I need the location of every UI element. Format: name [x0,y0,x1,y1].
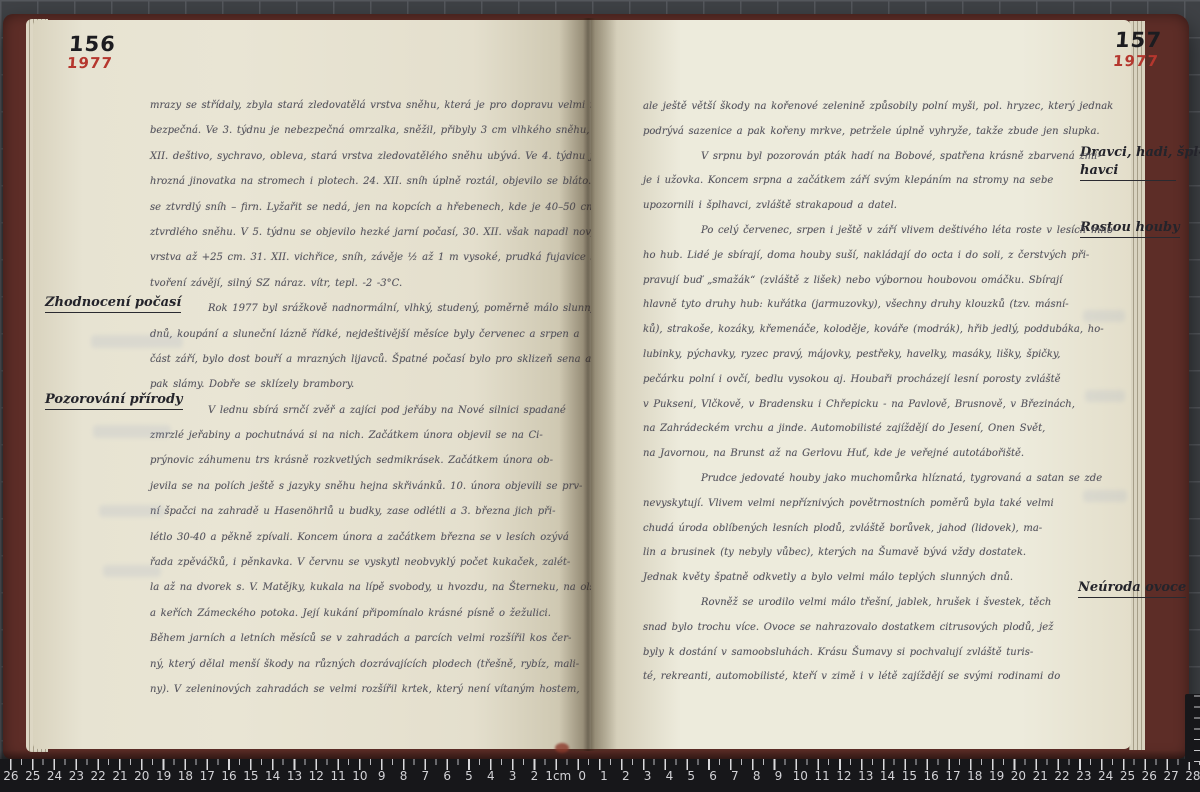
ruler-number: 25 [22,769,44,783]
ruler-number: 7 [724,769,746,783]
handwritten-line: tvoření závějí, silný SZ náraz. vítr, te… [150,271,586,296]
handwritten-line: na Zahrádeckém vrchu a jinde. Automobili… [643,417,1083,442]
handwritten-line: la až na dvorek s. V. Matějky, kukala na… [150,575,586,600]
handwritten-line: Prudce jedovaté houby jako muchomůrka hl… [643,467,1083,492]
handwritten-line: pak slámy. Dobře se sklízely brambory. [150,372,586,397]
ruler-number: 28 [1182,769,1200,783]
ruler-number: 14 [877,769,899,783]
ruler-number: 5 [458,769,480,783]
margin-heading-fruit-crop-failure: Neúroda ovoce [1078,580,1186,598]
handwritten-line: lubinky, pýchavky, ryzec pravý, májovky,… [643,343,1083,368]
ruler-number: 16 [920,769,942,783]
chronicle-book: 156 1977 Zhodnocení počasí Pozorování př… [3,14,1189,759]
handwritten-line: ale ještě větší škody na kořenové zeleni… [643,95,1083,120]
gutter-red-mark [555,743,569,753]
ruler-number: 5 [680,769,702,783]
handwritten-line: V srpnu byl pozorován pták hadí na Bobov… [643,145,1083,170]
ruler-number: 12 [833,769,855,783]
ruler-number: 17 [942,769,964,783]
handwritten-line: je i užovka. Koncem srpna a začátkem zář… [643,169,1083,194]
handwritten-line: Během jarních a letních měsíců se v zahr… [150,626,586,651]
ruler-number: 15 [898,769,920,783]
handwritten-line: Rok 1977 byl srážkově nadnormální, vlhký… [150,296,586,321]
ink-bleed-through [91,335,183,348]
ruler-number: 7 [414,769,436,783]
ruler-number: 2 [524,769,546,783]
ink-bleed-through [1083,310,1125,322]
ruler-number: 15 [240,769,262,783]
ruler-number: 24 [44,769,66,783]
page-year: 1977 [66,54,113,72]
page-year: 1977 [1112,52,1159,70]
handwritten-line: podrývá sazenice a pak kořeny mrkve, pet… [643,120,1083,145]
handwritten-line: na Javornou, na Brunst až na Gerlovu Huť… [643,442,1083,467]
ruler-number: 22 [87,769,109,783]
ruler-number: 6 [436,769,458,783]
ink-bleed-through [1085,390,1125,402]
handwritten-line: nevyskytují. Vlivem velmi nepříznivých p… [643,492,1083,517]
handwritten-line: ho hub. Lidé je sbírají, doma houby suší… [643,244,1083,269]
ruler-number: 25 [1117,769,1139,783]
ruler-number: 22 [1051,769,1073,783]
handwritten-line: v Pukseni, Vlčkově, v Bradensku i Chřepi… [643,393,1083,418]
ruler-number: 17 [196,769,218,783]
handwritten-line: Po celý červenec, srpen i ještě v září v… [643,219,1083,244]
ruler-number: 9 [768,769,790,783]
handwritten-line: hlavně tyto druhy hub: kuřátka (jarmuzov… [643,293,1083,318]
ruler-number: 18 [175,769,197,783]
ruler-number: 20 [131,769,153,783]
handwritten-line: bezpečná. Ve 3. týdnu je nebezpečná omrz… [150,118,586,143]
photo-ruler-horizontal: 2625242322212019181716151413121110987654… [0,759,1200,792]
handwritten-line: hrozná jinovatka na stromech i plotech. … [150,169,586,194]
handwritten-line: Jednak květy špatně odkvetly a bylo velm… [643,566,1083,591]
ruler-number: 0 [571,769,593,783]
handwritten-line: se ztvrdlý sníh – firn. Lyžařit se nedá,… [150,195,586,220]
ruler-number: 26 [1138,769,1160,783]
handwritten-line: V lednu sbírá srnčí zvěř a zajíci pod je… [150,398,586,423]
handwritten-line: pravují buď „smažák“ (zvláště z lišek) n… [643,269,1083,294]
page-156: 156 1977 Zhodnocení počasí Pozorování př… [33,20,591,749]
ink-bleed-through [1083,490,1127,502]
ruler-number: 27 [1160,769,1182,783]
ruler-number: 1 [593,769,615,783]
ruler-number: 10 [789,769,811,783]
page-number: 157 [1114,28,1163,52]
ruler-number: 9 [371,769,393,783]
handwritten-line: jevila se na polích ještě s jazyky sněhu… [150,474,586,499]
book-page-edges-right [1129,21,1145,750]
ruler-number: 2 [615,769,637,783]
ruler-number: 13 [855,769,877,783]
ruler-number: 19 [153,769,175,783]
ruler-number: 21 [1029,769,1051,783]
handwritten-line: Rovněž se urodilo velmi málo třešní, jab… [643,591,1083,616]
ruler-number: 4 [658,769,680,783]
handwritten-line: dnů, koupání a sluneční lázně řídké, nej… [150,322,586,347]
handwritten-line: část září, bylo dost bouří a mrazných li… [150,347,586,372]
handwritten-line: byly k dostání v samoobsluhách. Krásu Šu… [643,641,1083,666]
handwritten-line: ny). V zeleninových zahradách se velmi r… [150,677,586,702]
handwritten-line: pečárku polní i ovčí, bedlu vysokou aj. … [643,368,1083,393]
ruler-number: 20 [1007,769,1029,783]
page-number: 156 [68,32,117,56]
ruler-number: 11 [327,769,349,783]
ruler-number: 11 [811,769,833,783]
ruler-number: 10 [349,769,371,783]
page-157: 157 1977 Dravci, hadi, špl- havci Rostou… [591,20,1131,749]
handwritten-line: mrazy se střídaly, zbyla stará zledovatě… [150,93,586,118]
ruler-number: 3 [502,769,524,783]
handwritten-line: XII. deštivo, sychravo, obleva, stará vr… [150,144,586,169]
handwritten-line: ný, který dělal menší škody na různých d… [150,652,586,677]
handwritten-line: té, rekreanti, automobilisté, kteří v zi… [643,665,1083,690]
handwritten-line: prýnovic záhumenu trs krásně rozkvetlých… [150,448,586,473]
ruler-number: 21 [109,769,131,783]
handwritten-line: létlo 30-40 a pěkně zpívali. Koncem únor… [150,525,586,550]
ruler-number: 16 [218,769,240,783]
ruler-number: 18 [964,769,986,783]
ruler-number: 13 [284,769,306,783]
handwritten-line: ní špačci na zahradě u Hasenöhrlů u budk… [150,499,586,524]
handwritten-line: řada zpěváčků, i pěnkavka. V červnu se v… [150,550,586,575]
ruler-number: 24 [1095,769,1117,783]
ink-bleed-through [99,505,165,517]
ruler-number: 12 [305,769,327,783]
handwritten-line: ků), strakoše, kozáky, křemenáče, kolodě… [643,318,1083,343]
handwritten-line: chudá úroda oblíbených lesních plodů, zv… [643,517,1083,542]
handwritten-line: snad bylo trochu více. Ovoce se nahrazov… [643,616,1083,641]
handwritten-line: lin a brusinek (ty nebyly vůbec), kterýc… [643,541,1083,566]
ruler-number: 8 [393,769,415,783]
handwritten-line: vrstva až +25 cm. 31. XII. vichřice, sní… [150,245,586,270]
ruler-number: 8 [746,769,768,783]
handwritten-text-column-left: mrazy se střídaly, zbyla stará zledovatě… [150,93,586,702]
ruler-number: 23 [1073,769,1095,783]
ruler-number: 26 [0,769,22,783]
ruler-number: 23 [65,769,87,783]
photo-scene: 156 1977 Zhodnocení počasí Pozorování př… [0,0,1200,792]
handwritten-line: ztvrdlého sněhu. V 5. týdnu se objevilo … [150,220,586,245]
handwritten-line: upozornili i šplhavci, zvláště strakapou… [643,194,1083,219]
handwritten-text-column-right: ale ještě větší škody na kořenové zeleni… [643,95,1083,690]
ink-bleed-through [103,565,161,577]
handwritten-line: zmrzlé jeřabiny a pochutnává si na nich.… [150,423,586,448]
ruler-number: 6 [702,769,724,783]
ink-bleed-through [93,425,171,438]
ruler-number: 14 [262,769,284,783]
ruler-number-row: 2625242322212019181716151413121110987654… [0,769,1200,783]
ruler-number: 1cm [545,769,571,783]
ruler-number: 3 [637,769,659,783]
photo-ruler-vertical [1185,694,1200,762]
ruler-number: 4 [480,769,502,783]
ruler-number: 19 [986,769,1008,783]
handwritten-line: a keřích Zámeckého potoka. Její kukání p… [150,601,586,626]
